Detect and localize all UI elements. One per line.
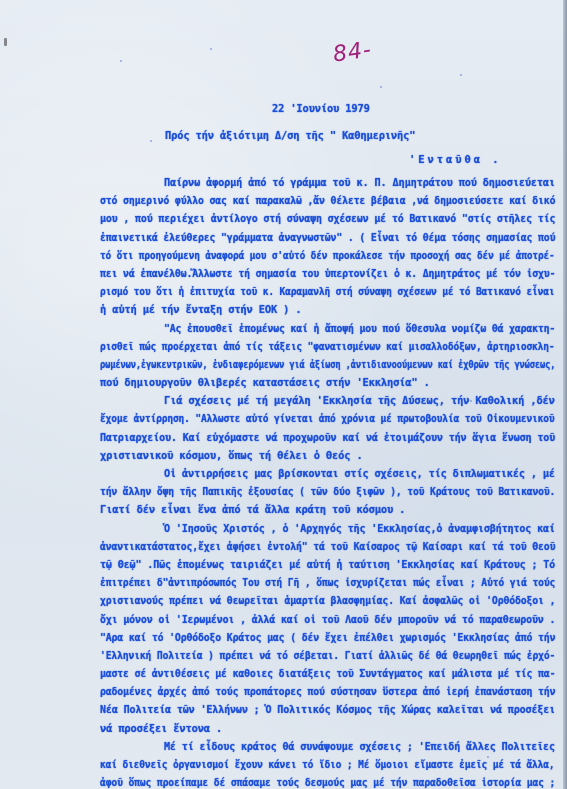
letter-body: Παίρνω ἀφορμή ἀπό τό γράμμα τοῦ κ. Π. Δη… bbox=[100, 174, 555, 789]
letter-salutation: 'Ενταῦθα . bbox=[409, 151, 502, 169]
ink-speck bbox=[470, 400, 472, 402]
letter-line: "Αρα καί τό 'Ορθόδοξο Κράτος μας ( δέν ἔ… bbox=[100, 629, 555, 647]
letter-date: 22 'Ιουνίου 1979 bbox=[272, 100, 370, 118]
letter-addressee: Πρός τήν ἀξιότιμη Δ/ση τῆς " Καθημερινῆς… bbox=[165, 127, 415, 145]
handwritten-page-number: 84- bbox=[331, 37, 373, 67]
letter-line: "Ας ἐπουσθεῖ ἑπομένως καί ἡ ἄποψή μου πο… bbox=[100, 320, 555, 338]
letter-line: ἐπαινετικά ἐλεύθερες "γράμματα ἀναγνωστῶ… bbox=[100, 229, 555, 247]
letter-line: ἀναντικατάστατος,ἔχει ἀφήσει ἐντολή" τά … bbox=[100, 538, 555, 556]
letter-line: Παίρνω ἀφορμή ἀπό τό γράμμα τοῦ κ. Π. Δη… bbox=[100, 174, 555, 192]
letter-line: Πατριαρχείου. Καί εὐχόμαστε νά προχωροῦν… bbox=[100, 429, 555, 447]
page-margin-mark bbox=[4, 38, 7, 46]
letter-line: 'Ελληνική Πολιτεία ) πρέπει νά τό σέβετα… bbox=[100, 647, 555, 665]
letter-line: Γιατί δέν εἶναι ἕνα ἀπό τά ἄλλα κράτη το… bbox=[100, 501, 555, 519]
letter-line: τό ὅτι προηγούμενη ἀναφορά μου σ'αὐτό δέ… bbox=[100, 247, 555, 265]
letter-line: τήν ἄλλην ὄψη τῆς Παπικῆς ἐξουσίας ( τῶν… bbox=[100, 483, 555, 501]
letter-line: νά προσέξει ἔντονα . bbox=[100, 720, 555, 738]
letter-line: ἀφοῦ ὅπως προείπαμε δέ σπάσαμε τούς δεσμ… bbox=[100, 774, 555, 789]
letter-line: ραδομένες ἀρχές ἀπό τούς προπάτορες πού … bbox=[100, 683, 555, 701]
ink-speck bbox=[460, 74, 462, 76]
letter-line: ρισμό του ὅτι ἡ ἐπιτυχία τοῦ κ. Καραμανλ… bbox=[100, 283, 555, 301]
letter-line: ἡ αὐτή μέ τήν ἔνταξη στήν ΕΟΚ ) . bbox=[100, 301, 555, 319]
letter-line: τῷ Θεῷ" .Πῶς ἑπομένως ταιριάζει μέ αὐτή … bbox=[100, 556, 555, 574]
ink-speck bbox=[120, 60, 122, 62]
letter-line: στό σημερινό φύλλο σας καί παρακαλῶ ,ἄν … bbox=[100, 192, 555, 210]
letter-line: Ὁ 'Ιησοῦς Χριστός , ὁ 'Αρχηγός τῆς 'Εκκλ… bbox=[100, 520, 555, 538]
letter-line: καί διεθνεῖς ὀργανισμοί ἔχουν κάνει τό ἴ… bbox=[100, 756, 555, 774]
letter-line: Μέ τί εἶδους κράτος θά συνάψουμε σχέσεις… bbox=[100, 738, 555, 756]
letter-line: μαστε σέ ἀντιθέσεις μέ καθοιες διατάξεις… bbox=[100, 665, 555, 683]
letter-line: πει νά ἐπανέλθω.Ἄλλωστε τή σημασία του ὑ… bbox=[100, 265, 555, 283]
letter-line: ἔχομε ἀντίρρηση. "Αλλωστε αὐτό γίνεται ἀ… bbox=[100, 410, 555, 428]
ink-speck bbox=[500, 420, 502, 422]
ink-speck bbox=[210, 48, 212, 50]
letter-line: ὄχι μόνον οἱ 'Ιερωμένοι , ἀλλά καί οἱ το… bbox=[100, 611, 555, 629]
letter-line: ἐπιτρέπει δ"ἀντιπρόσωπός Του στή Γῆ , ὅπ… bbox=[100, 574, 555, 592]
letter-line: Οἱ ἀντιρρήσεις μας βρίσκονται στίς σχέσε… bbox=[100, 465, 555, 483]
letter-line: πού δημιουργοῦν θλιβερές καταστάσεις στή… bbox=[100, 374, 555, 392]
ink-speck bbox=[487, 756, 489, 758]
letter-line: ρισθεῖ πώς προέρχεται ἀπό τίς τάξεις "φα… bbox=[100, 338, 555, 356]
letter-line: Νέα Πολιτεία τῶν 'Ελλήνων ; Ὁ Πολιτικός … bbox=[100, 701, 555, 719]
page-edge bbox=[563, 0, 567, 789]
letter-line: ρωμένων,ἐγωκεντρικῶν, ἐνδιαφερόμενων γιά… bbox=[100, 356, 555, 374]
letter-line: Γιά σχέσεις μέ τή μεγάλη 'Εκκλησία τῆς Δ… bbox=[100, 392, 555, 410]
ink-speck bbox=[270, 692, 272, 694]
ink-speck bbox=[150, 140, 152, 142]
letter-line: χριστιανούς πρέπει νά θεωρεῖται ἁμαρτία … bbox=[100, 592, 555, 610]
letter-line: χριστιανικοῦ κόσμου, ὅπως τή θέλει ὁ Θεό… bbox=[100, 447, 555, 465]
ink-speck bbox=[380, 86, 382, 88]
letter-line: μου , πού περιέχει ἀντίλογο στή σύναψη σ… bbox=[100, 210, 555, 228]
